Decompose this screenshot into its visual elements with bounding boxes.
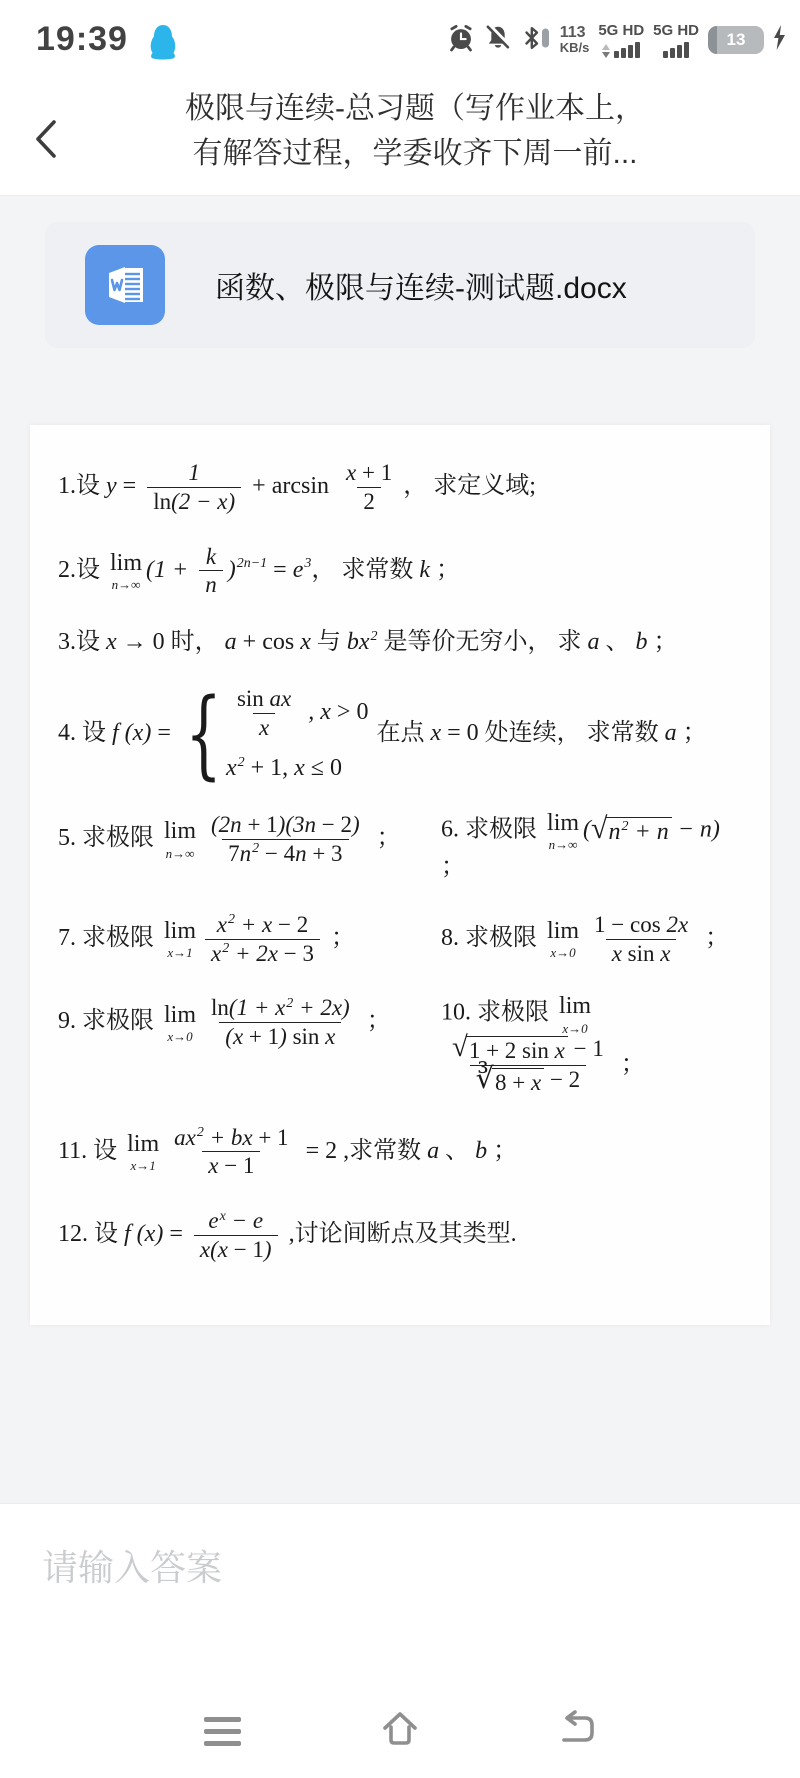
problem-6: 6. 求极限 limn→∞(√n2 + n − n) ； [441, 811, 742, 884]
network-speed-unit: KB/s [560, 40, 590, 55]
problem-row: 3.设 x → 0 时， a + cos x 与 bx2 是等价无穷小， 求 a… [58, 626, 742, 658]
header: 极限与连续-总习题（写作业本上， 有解答过程，学委收齐下周一前... [0, 80, 800, 196]
problem-row: 12. 设 f (x) = ex − ex(x − 1) ,讨论间断点及其类型. [58, 1207, 742, 1264]
back-button[interactable] [28, 116, 68, 162]
problem-row: 1.设 y = 1ln(2 − x) + arcsin x + 12， 求定义域… [58, 459, 742, 516]
sim1-signal: 5G HD [598, 23, 644, 58]
problem-9: 9. 求极限 limx→0ln(1 + x2 + 2x)(x + 1) sin … [58, 994, 441, 1096]
bluetooth-icon [521, 24, 551, 57]
battery-indicator: 13 [708, 26, 764, 54]
sim1-label: 5G HD [598, 23, 644, 38]
alarm-icon [447, 24, 475, 57]
document-page: 1.设 y = 1ln(2 − x) + arcsin x + 12， 求定义域… [30, 425, 770, 1325]
page-title-line1: 极限与连续-总习题（写作业本上， [100, 86, 730, 131]
back-nav-icon [556, 1709, 600, 1754]
status-icons-cluster: 113 KB/s 5G HD 5G HD 13 [447, 0, 786, 80]
problem-row: 9. 求极限 limx→0ln(1 + x2 + 2x)(x + 1) sin … [58, 994, 742, 1096]
problem-1: 1.设 y = 1ln(2 − x) + arcsin x + 12， 求定义域… [58, 459, 742, 516]
status-bar: 19:39 113 KB/s 5G HD 5G HD [0, 0, 800, 80]
problem-3: 3.设 x → 0 时， a + cos x 与 bx2 是等价无穷小， 求 a… [58, 626, 742, 658]
problem-12: 12. 设 f (x) = ex − ex(x − 1) ,讨论间断点及其类型. [58, 1207, 742, 1264]
page-title: 极限与连续-总习题（写作业本上， 有解答过程，学委收齐下周一前... [100, 86, 730, 176]
problem-4: 4. 设 f (x) = {sin axx , x > 0x2 + 1, x ≤… [58, 685, 742, 784]
problem-row: 2.设 limn→∞(1 + kn)2n−1 = e3， 求常数 k ； [58, 543, 742, 600]
nav-bar [0, 1700, 800, 1762]
network-speed-value: 113 [560, 25, 586, 40]
word-file-icon [85, 245, 165, 325]
sim2-label: 5G HD [653, 23, 699, 38]
problem-8: 8. 求极限 limx→01 − cos 2xx sin x ； [441, 911, 742, 968]
charging-bolt-icon [773, 25, 786, 56]
problem-row: 11. 设 limx→1ax2 + bx + 1x − 1 = 2 ,求常数 a… [58, 1124, 742, 1181]
problem-7: 7. 求极限 limx→1x2 + x − 2x2 + 2x − 3 ； [58, 911, 441, 968]
menu-icon [204, 1717, 241, 1746]
sim2-signal: 5G HD [653, 23, 699, 58]
problem-5: 5. 求极限 limn→∞(2n + 1)(3n − 2)7n2 − 4n + … [58, 811, 441, 884]
clock-time: 19:39 [36, 20, 128, 59]
problem-row: 5. 求极限 limn→∞(2n + 1)(3n − 2)7n2 − 4n + … [58, 811, 742, 884]
data-arrows-icon [602, 44, 610, 58]
mute-bell-icon [484, 24, 512, 57]
home-button[interactable] [377, 1708, 423, 1754]
page-title-line2: 有解答过程，学委收齐下周一前... [100, 131, 730, 176]
qq-notification-icon [148, 24, 178, 65]
answer-input[interactable] [40, 1546, 744, 1590]
problem-row: 4. 设 f (x) = {sin axx , x > 0x2 + 1, x ≤… [58, 685, 742, 784]
back-nav-button[interactable] [555, 1708, 601, 1754]
problem-2: 2.设 limn→∞(1 + kn)2n−1 = e3， 求常数 k ； [58, 543, 742, 600]
problem-row: 7. 求极限 limx→1x2 + x − 2x2 + 2x − 3 ；8. 求… [58, 911, 742, 968]
attachment-card[interactable]: 函数、极限与连续-测试题.docx [45, 222, 755, 348]
home-icon [378, 1709, 422, 1754]
file-name: 函数、极限与连续-测试题.docx [215, 222, 627, 348]
screen: 19:39 113 KB/s 5G HD 5G HD [0, 0, 800, 1778]
network-speed: 113 KB/s [560, 25, 590, 55]
menu-button[interactable] [199, 1708, 245, 1754]
problem-11: 11. 设 limx→1ax2 + bx + 1x − 1 = 2 ,求常数 a… [58, 1124, 742, 1181]
battery-percent: 13 [708, 26, 764, 54]
problem-10: 10. 求极限 limx→0√1 + 2 sin x − 1∛8 + x − 2… [441, 994, 742, 1096]
